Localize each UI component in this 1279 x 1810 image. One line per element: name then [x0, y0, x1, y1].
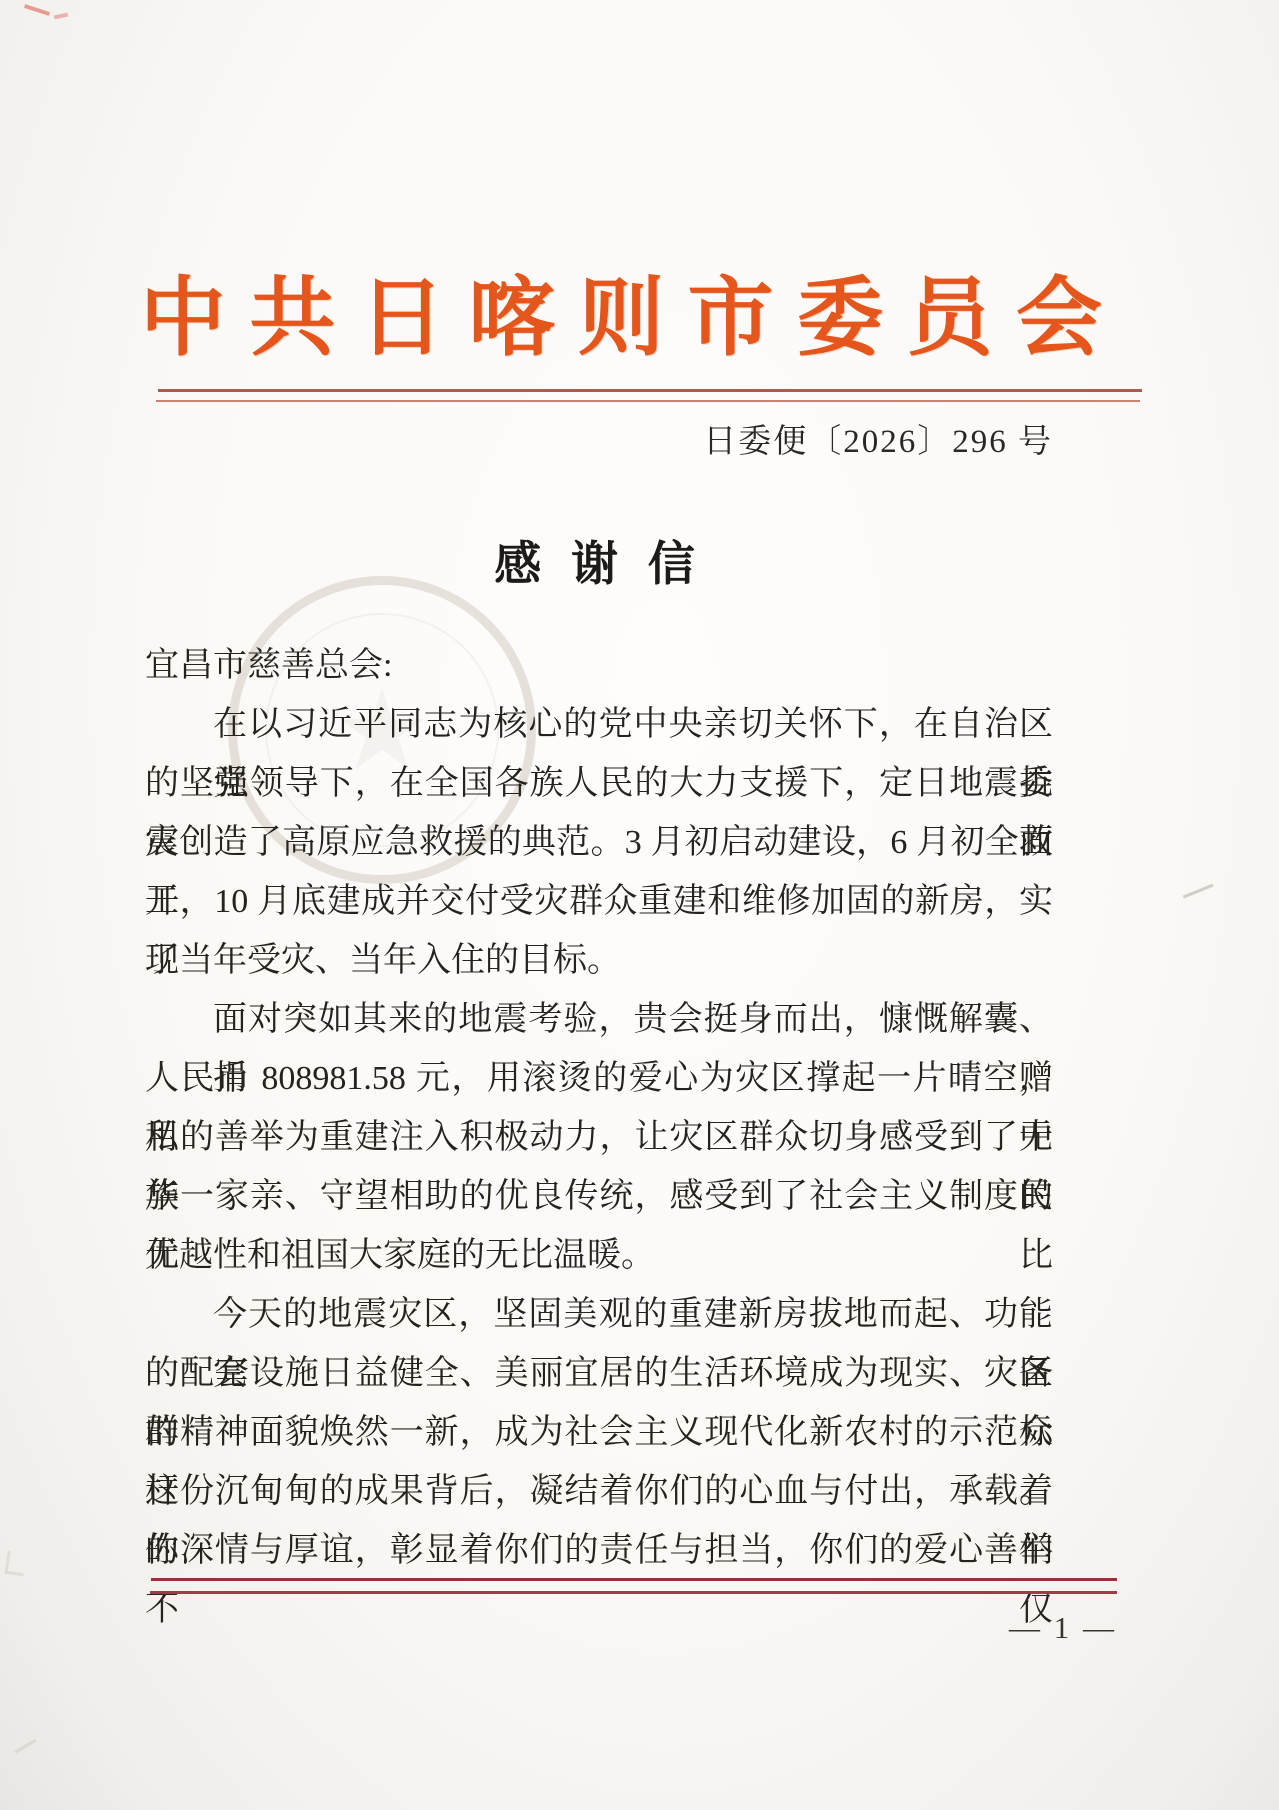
scan-artifact — [1178, 873, 1213, 899]
page-number: — 1 — — [145, 1606, 1117, 1650]
scan-artifact — [54, 13, 69, 20]
body-line: 灾创造了高原应急救援的典范。3 月初启动建设，6 月初全面开 — [145, 813, 1053, 872]
scanned-letter-page: ★ 中共日喀则市委员会 日委便〔2026〕296 号 感 谢 信 宜昌市慈善总会… — [0, 0, 1279, 1810]
body-line: 这份沉甸甸的成果背后，凝结着你们的心血与付出，承载着你们 — [145, 1462, 1053, 1521]
body-line: 在以习近平同志为核心的党中央亲切关怀下，在自治区党委 — [145, 695, 1053, 754]
body-line: 的深情与厚谊，彰显着你们的责任与担当，你们的爱心善举不仅 — [145, 1521, 1053, 1580]
footer-rule-bottom — [150, 1591, 1117, 1594]
scan-artifact — [24, 4, 50, 16]
letter-title: 感 谢 信 — [145, 534, 1053, 596]
body-line: 私的善举为重建注入积极动力，让灾区群众切身感受到了中华民 — [145, 1108, 1053, 1167]
document-number: 日委便〔2026〕296 号 — [145, 420, 1053, 464]
body-line: 面对突如其来的地震考验，贵会挺身而出，慷慨解囊、捐赠 — [145, 990, 1053, 1049]
body-line: 人民币 808981.58 元，用滚烫的爱心为灾区撑起一片晴空，用无 — [145, 1049, 1053, 1108]
letter-body: 宜昌市慈善总会: 在以习近平同志为核心的党中央亲切关怀下，在自治区党委 的坚强领… — [145, 636, 1053, 1580]
scan-artifact — [14, 1739, 41, 1762]
body-line: 族一家亲、守望相助的优良传统，感受到了社会主义制度的无比 — [145, 1167, 1053, 1226]
body-line: 的坚强领导下，在全国各族人民的大力支援下，定日地震抗震救 — [145, 754, 1053, 813]
header-rule-top — [158, 389, 1142, 392]
issuer-letterhead: 中共日喀则市委员会 — [140, 262, 1102, 374]
body-line: 了当年受灾、当年入住的目标。 — [145, 931, 1053, 990]
body-line: 的配套设施日益健全、美丽宜居的生活环境成为现实、灾区群众 — [145, 1344, 1053, 1403]
scan-artifact — [4, 1551, 26, 1576]
body-line: 工，10 月底建成并交付受灾群众重建和维修加固的新房，实现 — [145, 872, 1053, 931]
footer-rule-top — [151, 1578, 1117, 1581]
header-rule-bottom — [156, 400, 1140, 402]
body-line: 今天的地震灾区，坚固美观的重建新房拔地而起、功能完备 — [145, 1285, 1053, 1344]
body-line: 的精神面貌焕然一新，成为社会主义现代化新农村的示范标杆。 — [145, 1403, 1053, 1462]
salutation: 宜昌市慈善总会: — [145, 636, 1053, 695]
